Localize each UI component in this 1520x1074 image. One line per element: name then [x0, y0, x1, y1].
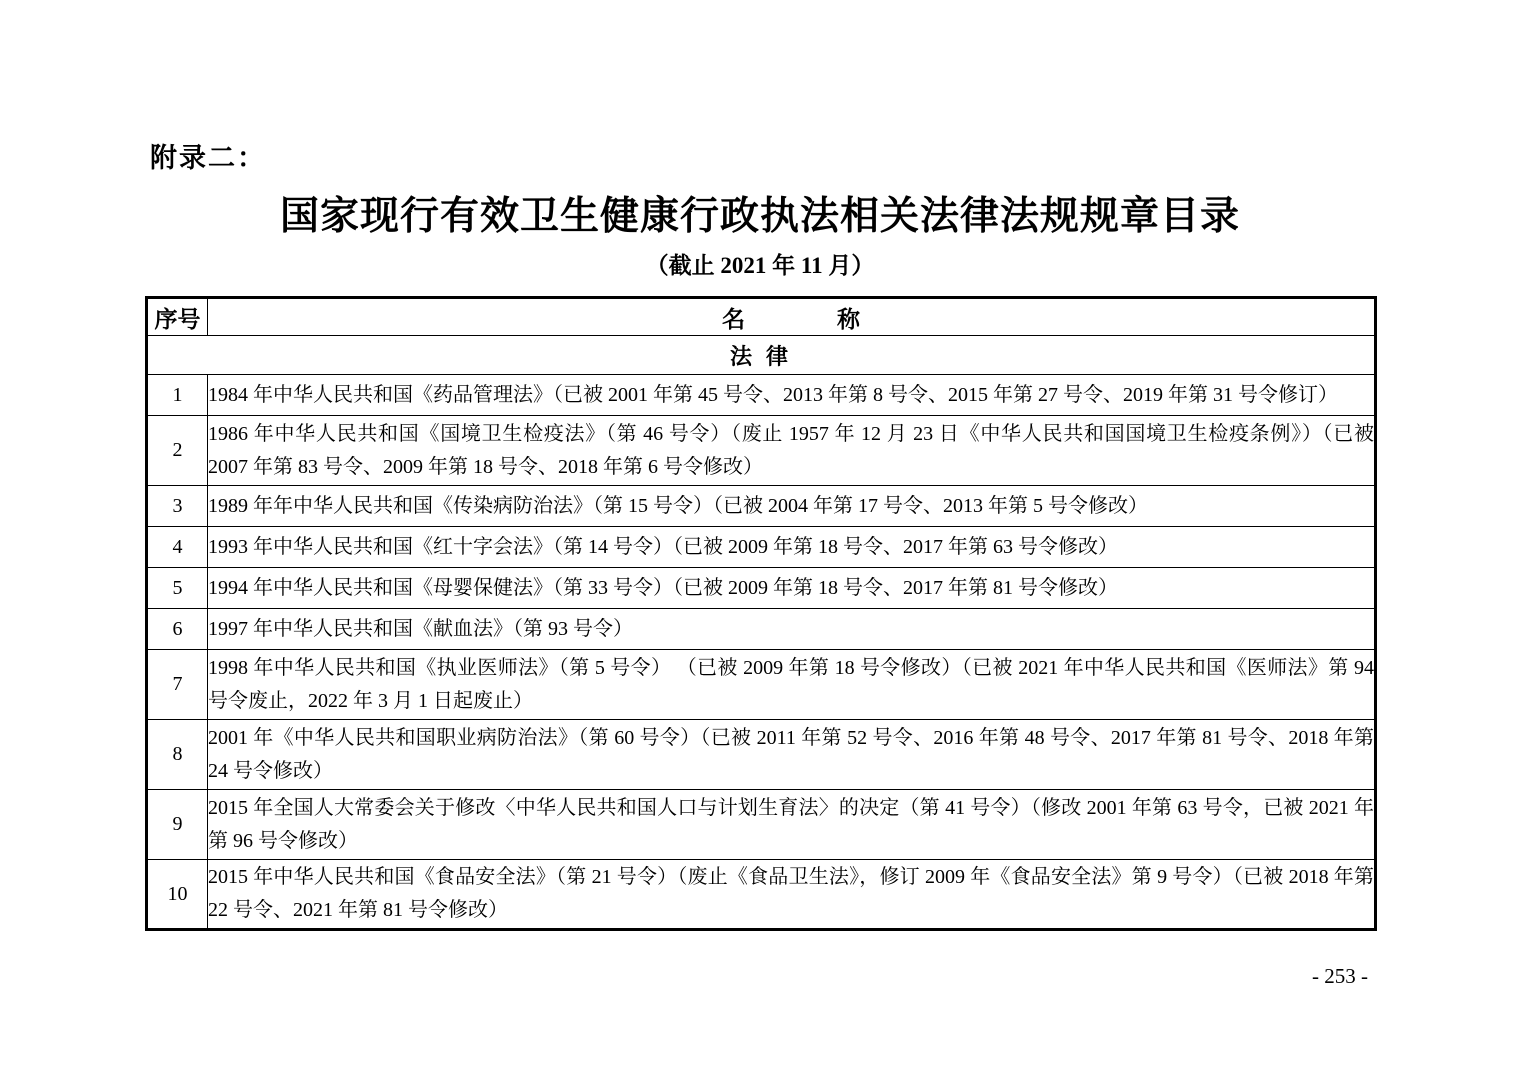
column-header-index: 序号 — [147, 298, 208, 336]
row-name: 1997 年中华人民共和国《献血法》（第 93 号令） — [208, 609, 1376, 650]
section-label: 法 律 — [147, 336, 1376, 375]
document-page: 附录二： 国家现行有效卫生健康行政执法相关法律法规规章目录 （截止 2021 年… — [0, 0, 1520, 1074]
page-number: - 253 - — [1270, 964, 1410, 989]
table-row: 4 1993 年中华人民共和国《红十字会法》（第 14 号令）（已被 2009 … — [147, 527, 1376, 568]
row-index: 8 — [147, 720, 208, 790]
row-index: 1 — [147, 375, 208, 416]
row-index: 2 — [147, 416, 208, 486]
row-name: 1998 年中华人民共和国《执业医师法》（第 5 号令） （已被 2009 年第… — [208, 650, 1376, 720]
table-row: 3 1989 年年中华人民共和国《传染病防治法》（第 15 号令）（已被 200… — [147, 486, 1376, 527]
row-name: 2001 年《中华人民共和国职业病防治法》（第 60 号令）（已被 2011 年… — [208, 720, 1376, 790]
row-index: 6 — [147, 609, 208, 650]
page-title: 国家现行有效卫生健康行政执法相关法律法规规章目录 — [0, 185, 1520, 241]
row-index: 4 — [147, 527, 208, 568]
row-name: 1994 年中华人民共和国《母婴保健法》（第 33 号令）（已被 2009 年第… — [208, 568, 1376, 609]
table-row: 8 2001 年《中华人民共和国职业病防治法》（第 60 号令）（已被 2011… — [147, 720, 1376, 790]
row-index: 7 — [147, 650, 208, 720]
table-row: 5 1994 年中华人民共和国《母婴保健法》（第 33 号令）（已被 2009 … — [147, 568, 1376, 609]
row-name: 1993 年中华人民共和国《红十字会法》（第 14 号令）（已被 2009 年第… — [208, 527, 1376, 568]
table-row: 9 2015 年全国人大常委会关于修改〈中华人民共和国人口与计划生育法〉的决定（… — [147, 790, 1376, 860]
table-row: 10 2015 年中华人民共和国《食品安全法》（第 21 号令）（废止《食品卫生… — [147, 860, 1376, 930]
column-header-name: 名 称 — [208, 298, 1376, 336]
row-index: 9 — [147, 790, 208, 860]
table-header-row: 序号 名 称 — [147, 298, 1376, 336]
row-name: 1986 年中华人民共和国《国境卫生检疫法》（第 46 号令）（废止 1957 … — [208, 416, 1376, 486]
row-name: 1989 年年中华人民共和国《传染病防治法》（第 15 号令）（已被 2004 … — [208, 486, 1376, 527]
table-row: 6 1997 年中华人民共和国《献血法》（第 93 号令） — [147, 609, 1376, 650]
table-row: 7 1998 年中华人民共和国《执业医师法》（第 5 号令） （已被 2009 … — [147, 650, 1376, 720]
row-name: 1984 年中华人民共和国《药品管理法》（已被 2001 年第 45 号令、20… — [208, 375, 1376, 416]
row-index: 10 — [147, 860, 208, 930]
table-row: 1 1984 年中华人民共和国《药品管理法》（已被 2001 年第 45 号令、… — [147, 375, 1376, 416]
row-name: 2015 年全国人大常委会关于修改〈中华人民共和国人口与计划生育法〉的决定（第 … — [208, 790, 1376, 860]
appendix-label: 附录二： — [150, 136, 266, 175]
table-section-row: 法 律 — [147, 336, 1376, 375]
laws-table: 序号 名 称 法 律 1 1984 年中华人民共和国《药品管理法》（已被 200… — [145, 296, 1377, 931]
row-index: 5 — [147, 568, 208, 609]
table-row: 2 1986 年中华人民共和国《国境卫生检疫法》（第 46 号令）（废止 195… — [147, 416, 1376, 486]
row-name: 2015 年中华人民共和国《食品安全法》（第 21 号令）（废止《食品卫生法》，… — [208, 860, 1376, 930]
row-index: 3 — [147, 486, 208, 527]
page-subtitle: （截止 2021 年 11 月） — [0, 247, 1520, 280]
